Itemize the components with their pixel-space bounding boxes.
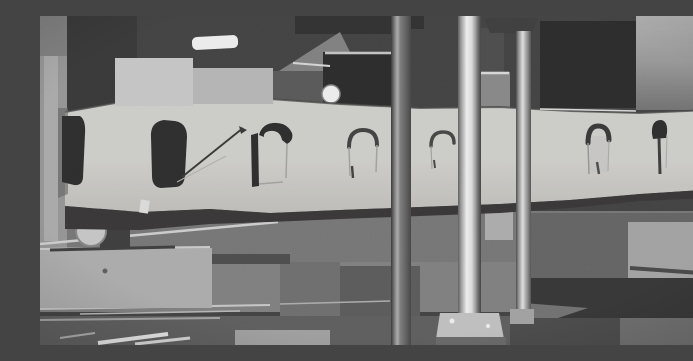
vignette xyxy=(40,16,693,345)
photo-canvas xyxy=(40,16,693,345)
test-photo xyxy=(40,16,693,345)
